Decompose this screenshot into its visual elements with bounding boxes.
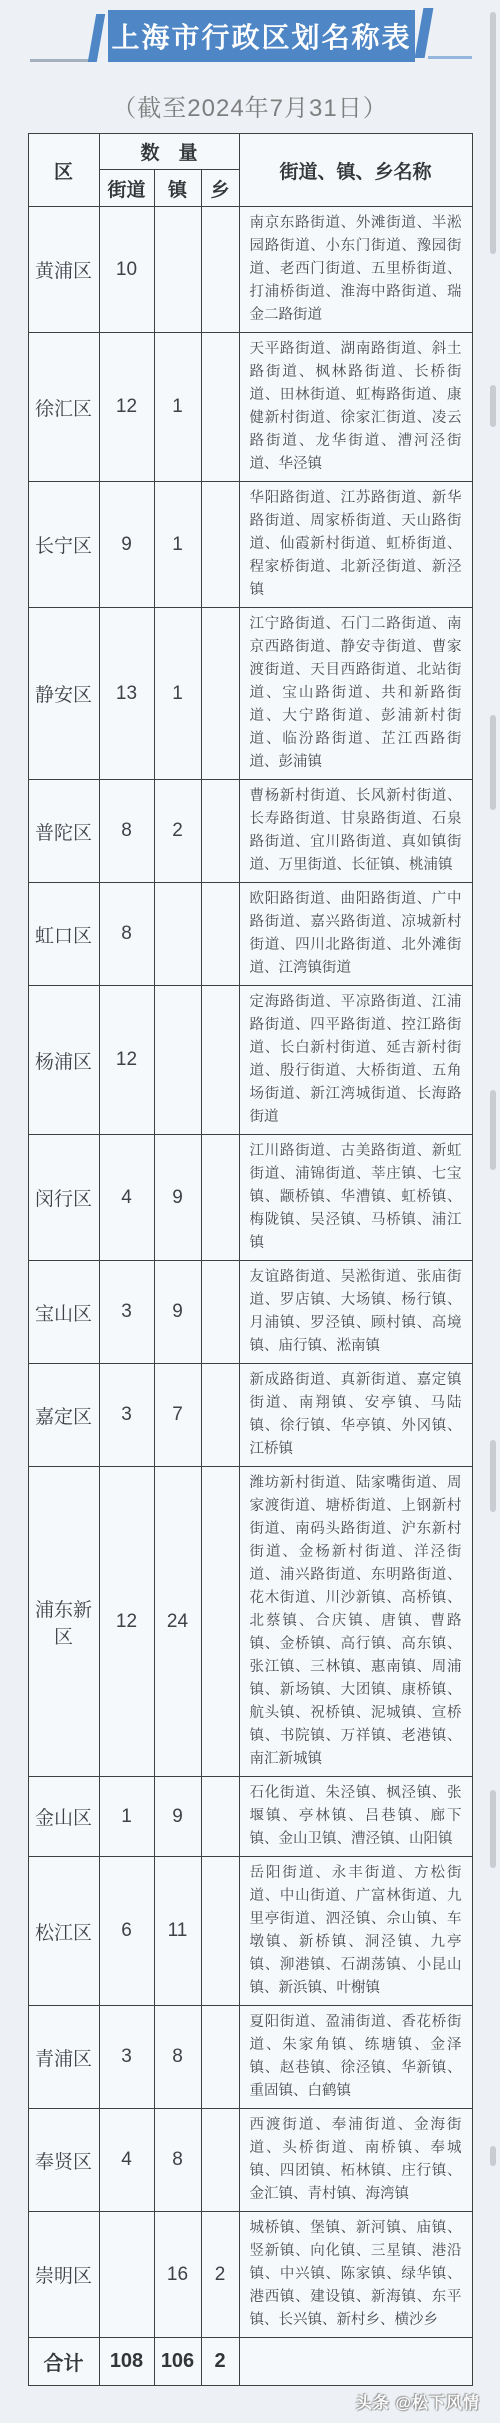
district-cell: 松江区	[28, 1857, 99, 2006]
total-towns: 106	[154, 2338, 201, 2386]
streets-count-cell: 12	[99, 1467, 154, 1777]
page-title-text: 上海市行政区划名称表	[111, 16, 411, 56]
streets-count-cell: 3	[99, 2006, 154, 2109]
banner-left-line	[30, 59, 92, 62]
townships-count-cell	[201, 2109, 239, 2212]
table-row: 虹口区 8 欧阳路街道、曲阳路街道、广中路街道、嘉兴路街道、凉城新村街道、四川北…	[28, 883, 472, 986]
district-cell: 杨浦区	[28, 986, 99, 1135]
header-district: 区	[28, 134, 99, 207]
names-cell: 潍坊新村街道、陆家嘴街道、周家渡街道、塘桥街道、上钢新村街道、南码头路街道、沪东…	[239, 1467, 472, 1777]
table-row: 金山区 1 9 石化街道、朱泾镇、枫泾镇、张堰镇、亭林镇、吕巷镇、廊下镇、金山卫…	[28, 1777, 472, 1857]
banner-left-stripe	[88, 14, 105, 62]
title-banner-area: 上海市行政区划名称表	[0, 0, 500, 74]
names-cell: 曹杨新村街道、长风新村街道、长寿路街道、甘泉路街道、石泉路街道、宜川路街道、真如…	[239, 780, 472, 883]
scrollbar-segment[interactable]	[490, 1090, 496, 1170]
streets-count-cell: 1	[99, 1777, 154, 1857]
district-cell: 普陀区	[28, 780, 99, 883]
names-cell: 江川路街道、古美路街道、新虹街道、浦锦街道、莘庄镇、七宝镇、颛桥镇、华漕镇、虹桥…	[239, 1135, 472, 1261]
towns-count-cell: 1	[154, 482, 201, 608]
table-row: 浦东新区 12 24 潍坊新村街道、陆家嘴街道、周家渡街道、塘桥街道、上钢新村街…	[28, 1467, 472, 1777]
total-row: 合计 108 106 2	[28, 2338, 472, 2386]
townships-count-cell	[201, 986, 239, 1135]
streets-count-cell: 9	[99, 482, 154, 608]
streets-count-cell: 4	[99, 1135, 154, 1261]
total-label: 合计	[28, 2338, 99, 2386]
header-streets: 街道	[99, 170, 154, 207]
district-table: 区 数 量 街道、镇、乡名称 街道 镇 乡 黄浦区 10 南京东路街道、外滩街道…	[28, 133, 473, 2386]
district-cell: 黄浦区	[28, 207, 99, 333]
towns-count-cell: 11	[154, 1857, 201, 2006]
names-cell: 南京东路街道、外滩街道、半淞园路街道、小东门街道、豫园街道、老西门街道、五里桥街…	[239, 207, 472, 333]
names-cell: 城桥镇、堡镇、新河镇、庙镇、竖新镇、向化镇、三星镇、港沿镇、中兴镇、陈家镇、绿华…	[239, 2212, 472, 2338]
names-cell: 夏阳街道、盈浦街道、香花桥街道、朱家角镇、练塘镇、金泽镇、赵巷镇、徐泾镇、华新镇…	[239, 2006, 472, 2109]
district-cell: 闵行区	[28, 1135, 99, 1261]
townships-count-cell	[201, 1777, 239, 1857]
towns-count-cell: 1	[154, 333, 201, 482]
table-row: 嘉定区 3 7 新成路街道、真新街道、嘉定镇街道、南翔镇、安亭镇、马陆镇、徐行镇…	[28, 1364, 472, 1467]
district-cell: 崇明区	[28, 2212, 99, 2338]
district-cell: 奉贤区	[28, 2109, 99, 2212]
towns-count-cell: 9	[154, 1777, 201, 1857]
streets-count-cell: 3	[99, 1261, 154, 1364]
streets-count-cell: 13	[99, 608, 154, 780]
streets-count-cell: 12	[99, 333, 154, 482]
towns-count-cell: 24	[154, 1467, 201, 1777]
townships-count-cell	[201, 780, 239, 883]
table-row: 宝山区 3 9 友谊路街道、吴淞街道、张庙街道、罗店镇、大场镇、杨行镇、月浦镇、…	[28, 1261, 472, 1364]
townships-count-cell	[201, 1135, 239, 1261]
district-cell: 长宁区	[28, 482, 99, 608]
townships-count-cell	[201, 1467, 239, 1777]
names-cell: 江宁路街道、石门二路街道、南京西路街道、静安寺街道、曹家渡街道、天目西路街道、北…	[239, 608, 472, 780]
townships-count-cell	[201, 1857, 239, 2006]
table-row: 青浦区 3 8 夏阳街道、盈浦街道、香花桥街道、朱家角镇、练塘镇、金泽镇、赵巷镇…	[28, 2006, 472, 2109]
table-footer: 合计 108 106 2	[28, 2338, 472, 2386]
district-cell: 金山区	[28, 1777, 99, 1857]
scrollbar-segment[interactable]	[490, 715, 496, 810]
header-townships: 乡	[201, 170, 239, 207]
townships-count-cell	[201, 2006, 239, 2109]
townships-count-cell	[201, 207, 239, 333]
page: 上海市行政区划名称表 （截至2024年7月31日） 区 数 量 街道、镇、乡名称…	[0, 0, 500, 2423]
header-towns: 镇	[154, 170, 201, 207]
streets-count-cell: 12	[99, 986, 154, 1135]
names-cell: 西渡街道、奉浦街道、金海街道、头桥街道、南桥镇、奉城镇、四团镇、柘林镇、庄行镇、…	[239, 2109, 472, 2212]
names-cell: 定海路街道、平凉路街道、江浦路街道、四平路街道、控江路街道、长白新村街道、延吉新…	[239, 986, 472, 1135]
streets-count-cell: 6	[99, 1857, 154, 2006]
towns-count-cell: 8	[154, 2109, 201, 2212]
district-cell: 虹口区	[28, 883, 99, 986]
total-streets: 108	[99, 2338, 154, 2386]
townships-count-cell	[201, 482, 239, 608]
townships-count-cell	[201, 608, 239, 780]
table-row: 崇明区 16 2 城桥镇、堡镇、新河镇、庙镇、竖新镇、向化镇、三星镇、港沿镇、中…	[28, 2212, 472, 2338]
streets-count-cell: 3	[99, 1364, 154, 1467]
table-row: 松江区 6 11 岳阳街道、永丰街道、方松街道、中山街道、广富林街道、九里亭街道…	[28, 1857, 472, 2006]
townships-count-cell	[201, 1364, 239, 1467]
table-row: 徐汇区 12 1 天平路街道、湖南路街道、斜土路街道、枫林路街道、长桥街道、田林…	[28, 333, 472, 482]
streets-count-cell: 10	[99, 207, 154, 333]
towns-count-cell: 2	[154, 780, 201, 883]
names-cell: 友谊路街道、吴淞街道、张庙街道、罗店镇、大场镇、杨行镇、月浦镇、罗泾镇、顾村镇、…	[239, 1261, 472, 1364]
towns-count-cell: 7	[154, 1364, 201, 1467]
names-cell: 欧阳路街道、曲阳路街道、广中路街道、嘉兴路街道、凉城新村街道、四川北路街道、北外…	[239, 883, 472, 986]
header-names: 街道、镇、乡名称	[239, 134, 472, 207]
townships-count-cell	[201, 333, 239, 482]
table-row: 黄浦区 10 南京东路街道、外滩街道、半淞园路街道、小东门街道、豫园街道、老西门…	[28, 207, 472, 333]
scrollbar-segment[interactable]	[490, 1790, 496, 1868]
district-cell: 浦东新区	[28, 1467, 99, 1777]
table-row: 奉贤区 4 8 西渡街道、奉浦街道、金海街道、头桥街道、南桥镇、奉城镇、四团镇、…	[28, 2109, 472, 2212]
townships-count-cell	[201, 883, 239, 986]
towns-count-cell	[154, 883, 201, 986]
names-cell: 岳阳街道、永丰街道、方松街道、中山街道、广富林街道、九里亭街道、泗泾镇、佘山镇、…	[239, 1857, 472, 2006]
district-cell: 嘉定区	[28, 1364, 99, 1467]
towns-count-cell: 8	[154, 2006, 201, 2109]
district-cell: 静安区	[28, 608, 99, 780]
streets-count-cell	[99, 2212, 154, 2338]
names-cell: 石化街道、朱泾镇、枫泾镇、张堰镇、亭林镇、吕巷镇、廊下镇、金山卫镇、漕泾镇、山阳…	[239, 1777, 472, 1857]
scrollbar-segment[interactable]	[490, 1440, 496, 1512]
page-title: 上海市行政区划名称表	[108, 10, 415, 62]
scrollbar-segment[interactable]	[490, 12, 496, 254]
streets-count-cell: 8	[99, 883, 154, 986]
streets-count-cell: 4	[99, 2109, 154, 2212]
total-names	[239, 2338, 472, 2386]
district-cell: 徐汇区	[28, 333, 99, 482]
streets-count-cell: 8	[99, 780, 154, 883]
scrollbar-segment[interactable]	[490, 385, 496, 427]
towns-count-cell: 16	[154, 2212, 201, 2338]
banner-right-stripe	[415, 8, 434, 58]
townships-count-cell: 2	[201, 2212, 239, 2338]
table-row: 杨浦区 12 定海路街道、平凉路街道、江浦路街道、四平路街道、控江路街道、长白新…	[28, 986, 472, 1135]
district-cell: 宝山区	[28, 1261, 99, 1364]
towns-count-cell: 9	[154, 1135, 201, 1261]
towns-count-cell: 1	[154, 608, 201, 780]
header-quantity: 数 量	[99, 134, 239, 170]
names-cell: 华阳路街道、江苏路街道、新华路街道、周家桥街道、天山路街道、仙霞新村街道、虹桥街…	[239, 482, 472, 608]
table-body: 黄浦区 10 南京东路街道、外滩街道、半淞园路街道、小东门街道、豫园街道、老西门…	[28, 207, 472, 2338]
towns-count-cell	[154, 207, 201, 333]
names-cell: 新成路街道、真新街道、嘉定镇街道、南翔镇、安亭镇、马陆镇、徐行镇、华亭镇、外冈镇…	[239, 1364, 472, 1467]
watermark: 头条 @松下风情	[0, 2386, 500, 2423]
table-row: 普陀区 8 2 曹杨新村街道、长风新村街道、长寿路街道、甘泉路街道、石泉路街道、…	[28, 780, 472, 883]
table-header: 区 数 量 街道、镇、乡名称 街道 镇 乡	[28, 134, 472, 207]
towns-count-cell	[154, 986, 201, 1135]
total-townships: 2	[201, 2338, 239, 2386]
towns-count-cell: 9	[154, 1261, 201, 1364]
table-row: 静安区 13 1 江宁路街道、石门二路街道、南京西路街道、静安寺街道、曹家渡街道…	[28, 608, 472, 780]
table-row: 闵行区 4 9 江川路街道、古美路街道、新虹街道、浦锦街道、莘庄镇、七宝镇、颛桥…	[28, 1135, 472, 1261]
subtitle: （截至2024年7月31日）	[0, 88, 500, 123]
district-cell: 青浦区	[28, 2006, 99, 2109]
names-cell: 天平路街道、湖南路街道、斜土路街道、枫林路街道、长桥街道、田林街道、虹梅路街道、…	[239, 333, 472, 482]
scrollbar-segment[interactable]	[490, 2146, 496, 2166]
banner-right-line	[428, 56, 472, 59]
table-row: 长宁区 9 1 华阳路街道、江苏路街道、新华路街道、周家桥街道、天山路街道、仙霞…	[28, 482, 472, 608]
townships-count-cell	[201, 1261, 239, 1364]
